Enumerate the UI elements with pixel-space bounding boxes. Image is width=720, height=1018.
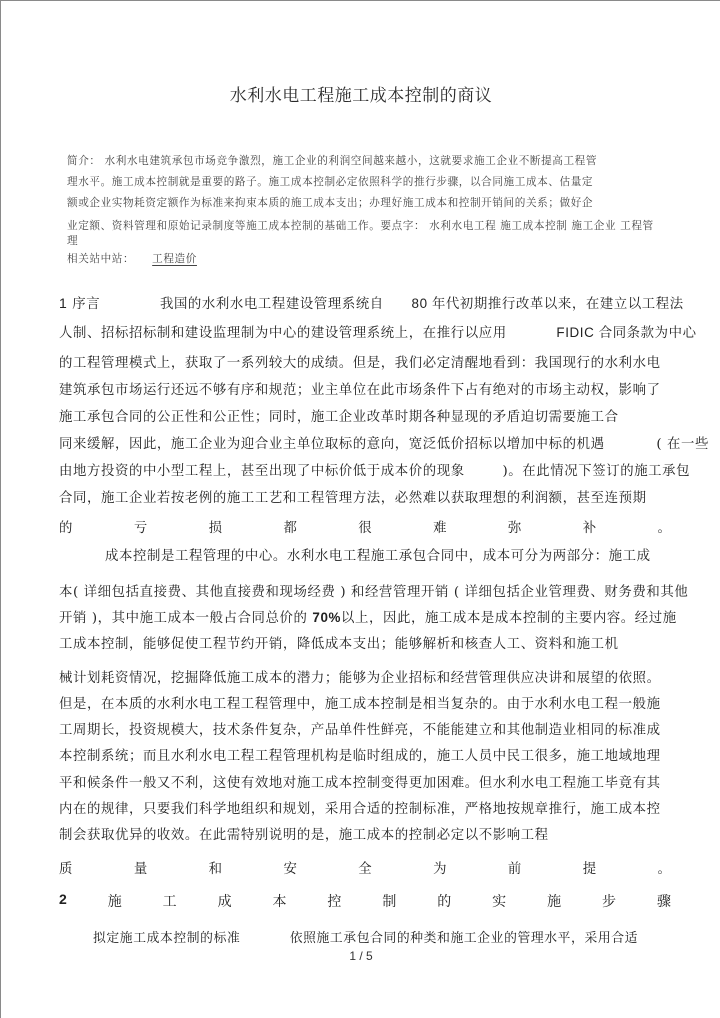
char: 。 bbox=[658, 858, 671, 877]
char: 。 bbox=[658, 517, 671, 536]
char: 前 bbox=[508, 858, 521, 877]
char: 和 bbox=[209, 858, 222, 877]
section-1-paragraph-2-line: 本( 详细包括直接费、其他直接费和现场经费 ) 和经营管理开销 ( 详细包括企业… bbox=[59, 581, 688, 600]
related-label: 相关站中站： bbox=[67, 253, 134, 265]
section-1-line: 合同，施工企业若按老例的施工工艺和工程管理方法，必然难以获取理想的利润额，甚至连… bbox=[59, 487, 647, 506]
subsection-label: 拟定施工成本控制的标准 bbox=[93, 931, 240, 946]
char: 施 bbox=[108, 891, 122, 911]
section-1-line: 同来缓解，因此，施工企业为迎合业主单位取标的意向，宽泛低价招标以增加中标的机遇 … bbox=[59, 433, 709, 452]
char: 弥 bbox=[508, 517, 521, 536]
char: 的 bbox=[437, 891, 451, 911]
page-number: 1 / 5 bbox=[1, 949, 720, 963]
text-span: FIDIC 合同条款为中心 bbox=[556, 325, 696, 340]
char: 施 bbox=[547, 891, 561, 911]
text-span: 同来缓解，因此，施工企业为迎合业主单位取标的意向，宽泛低价招标以增加中标的机遇 bbox=[59, 437, 605, 452]
section-1-number: 1 bbox=[59, 295, 67, 311]
abstract-line: 简介： 水利水电建筑承包市场竞争激烈，施工企业的利润空间越来越小，这就要求施工企… bbox=[67, 153, 657, 168]
section-1-justified-line: 的 亏 损 都 很 难 弥 补 。 bbox=[59, 517, 671, 536]
char: 都 bbox=[283, 517, 296, 536]
char: 难 bbox=[433, 517, 446, 536]
section-1-paragraph-3-line: 但是，在本质的水利水电工程工程管理中，施工成本控制是相当复杂的。由于水利水电工程… bbox=[59, 693, 661, 712]
text-span: 80 年代初期推行改革以来，在建立以工程法 bbox=[412, 296, 684, 311]
related-sites: 相关站中站：工程造价 bbox=[67, 251, 657, 266]
related-link-cost[interactable]: 工程造价 bbox=[152, 253, 197, 265]
char: 控 bbox=[327, 891, 341, 911]
char: 量 bbox=[134, 858, 147, 877]
section-2-number: 2 bbox=[59, 891, 67, 911]
section-1-paragraph-2-line: 成本控制是工程管理的中心。水利水电工程施工承包合同中，成本可分为两部分：施工成 bbox=[105, 545, 651, 564]
section-1-heading: 序言 bbox=[72, 297, 100, 312]
section-1-line: 的工程管理模式上，获取了一系列较大的成绩。但是，我们必定清醒地看到：我国现行的水… bbox=[59, 352, 661, 371]
section-1-paragraph-2-line: 工成本控制，能够促使工程节约开销，降低成本支出；能够解析和核查人工、资料和施工机 bbox=[59, 633, 619, 652]
text-span: 以上，因此，施工成本是成本控制的主要内容。经过施 bbox=[341, 611, 677, 626]
char: 亏 bbox=[134, 517, 147, 536]
char: 损 bbox=[209, 517, 222, 536]
char: 很 bbox=[358, 517, 371, 536]
abstract-line: 理 bbox=[67, 233, 657, 248]
section-1-paragraph-3-line: 工周期长，投资规模大，技术条件复杂，产品单件性鲜亮，不能能建立和其他制造业相同的… bbox=[59, 719, 661, 738]
char: 安 bbox=[283, 858, 296, 877]
document-title: 水利水电工程施工成本控制的商议 bbox=[1, 81, 720, 106]
text-span: 开销 )，其中施工成本一般占合同总价的 bbox=[59, 611, 312, 626]
text-span: 我国的水利水电工程建设管理系统自 bbox=[160, 297, 384, 312]
section-1-paragraph-2-line: 开销 )，其中施工成本一般占合同总价的 70%以上，因此，施工成本是成本控制的主… bbox=[59, 607, 677, 626]
char: 制 bbox=[382, 891, 396, 911]
section-1-line-1: 1 序言 我国的水利水电工程建设管理系统自 80 年代初期推行改革以来，在建立以… bbox=[59, 293, 684, 312]
char: 质 bbox=[59, 858, 72, 877]
text-span: )。在此情况下签订的施工承包 bbox=[502, 464, 690, 479]
char: 步 bbox=[602, 891, 616, 911]
section-1-line: 施工承包合同的公正性和公正性；同时，施工企业改革时期各种显现的矛盾迫切需要施工合 bbox=[59, 406, 619, 425]
section-1-justified-last-line: 质 量 和 安 全 为 前 提 。 bbox=[59, 858, 671, 877]
char: 成 bbox=[218, 891, 232, 911]
text-span: 由地方投资的中小型工程上，甚至出现了中标价低于成本价的现象 bbox=[59, 464, 465, 479]
char: 提 bbox=[583, 858, 596, 877]
section-1-paragraph-3-line: 平和候条件一般又不利，这使有效地对施工成本控制变得更加困难。但水利水电工程施工毕… bbox=[59, 772, 661, 791]
section-1-paragraph-3-line: 本控制系统；而且水利水电工程工程管理机构是临时组成的，施工人员中民工很多，施工地… bbox=[59, 745, 661, 764]
percent-value: 70% bbox=[312, 610, 341, 625]
char: 为 bbox=[433, 858, 446, 877]
abstract-line: 理水平。施工成本控制就是重要的路子。施工成本控制必定依照科学的推行步骤，以合同施… bbox=[67, 174, 657, 189]
char: 的 bbox=[59, 517, 72, 536]
char: 本 bbox=[272, 891, 286, 911]
section-1-line: 由地方投资的中小型工程上，甚至出现了中标价低于成本价的现象 )。在此情况下签订的… bbox=[59, 460, 690, 479]
text-span: 依照施工承包合同的种类和施工企业的管理水平，采用合适 bbox=[290, 931, 638, 946]
section-1-paragraph-3-line: 制会获取优异的收效。在此需特别说明的是，施工成本的控制必定以不影响工程 bbox=[59, 824, 549, 843]
section-1-paragraph-3-line: 械计划耗资情况，挖掘降低施工成本的潜力；能够为企业招标和经营管理供应决讲和展望的… bbox=[59, 667, 661, 686]
section-2-heading: 2 施 工 成 本 控 制 的 实 施 步 骤 bbox=[59, 891, 671, 911]
section-1-line: 建筑承包市场运行还远不够有序和规范；业主单位在此市场条件下占有绝对的市场主动权，… bbox=[59, 379, 661, 398]
char: 骤 bbox=[657, 891, 671, 911]
abstract-keywords-line: 业定额、资料管理和原始记录制度等施工成本控制的基础工作。要点字： 水利水电工程 … bbox=[67, 218, 657, 233]
section-1-line-2: 人制、招标招标制和建设监理制为中心的建设管理系统上，在推行以应用 FIDIC 合… bbox=[59, 322, 697, 341]
document-page: 水利水电工程施工成本控制的商议 简介： 水利水电建筑承包市场竞争激烈，施工企业的… bbox=[0, 0, 720, 1018]
text-span: ( 在一些 bbox=[656, 437, 709, 452]
section-1-paragraph-3-line: 内在的规律，只要我们科学地组织和规划，采用合适的控制标准，严格地按规章推行，施工… bbox=[59, 798, 661, 817]
char: 实 bbox=[492, 891, 506, 911]
char: 全 bbox=[358, 858, 371, 877]
abstract-line: 额或企业实物耗资定额作为标准来拘束本质的施工成本支出；办理好施工成本和控制开销间… bbox=[67, 195, 657, 210]
char: 工 bbox=[163, 891, 177, 911]
char: 补 bbox=[583, 517, 596, 536]
section-2-subsection-line: 拟定施工成本控制的标准 依照施工承包合同的种类和施工企业的管理水平，采用合适 bbox=[93, 927, 638, 946]
text-span: 人制、招标招标制和建设监理制为中心的建设管理系统上，在推行以应用 bbox=[59, 326, 507, 341]
